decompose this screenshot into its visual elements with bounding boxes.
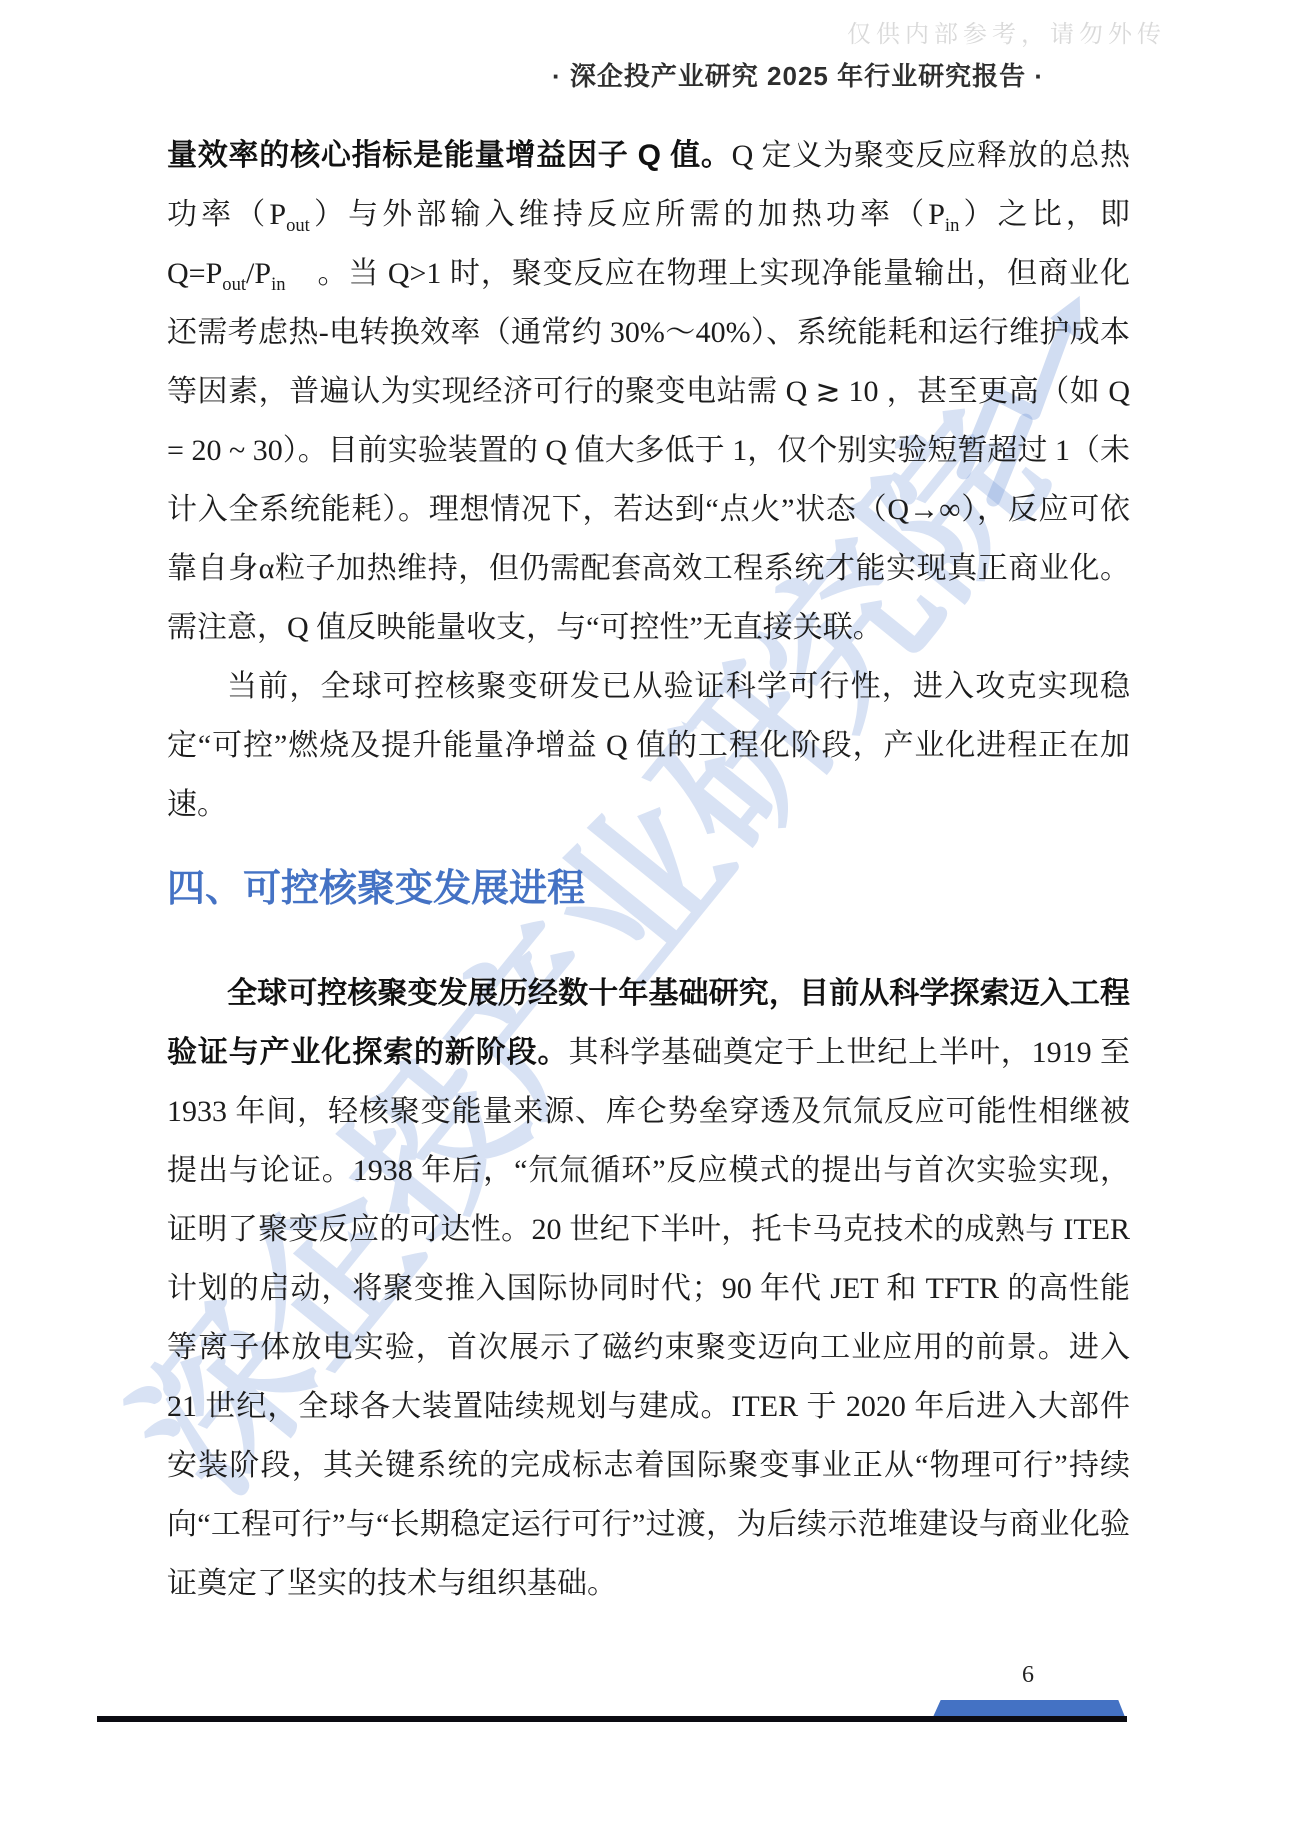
para1-sub-pout2: out: [222, 274, 246, 295]
paragraph-q-value: 量效率的核心指标是能量增益因子 Q 值。Q 定义为聚变反应释放的总热功率（Pou…: [167, 126, 1130, 657]
document-page: 深企投产业研究院 仅供内部参考，请勿外传 · 深企投产业研究 2025 年行业研…: [0, 0, 1296, 1829]
page-number: 6: [1022, 1662, 1034, 1689]
footer-rule: [97, 1716, 1127, 1722]
paragraph-development-history: 全球可控核聚变发展历经数十年基础研究，目前从科学探索迈入工程验证与产业化探索的新…: [167, 964, 1130, 1613]
paragraph-current-status: 当前，全球可控核聚变研发已从验证科学可行性，进入攻克实现稳定“可控”燃烧及提升能…: [167, 657, 1130, 834]
para1-sub-pin: in: [945, 215, 959, 236]
para1-seg2: ）与外部输入维持反应所需的加热功率（P: [310, 198, 945, 231]
para1-bold-lead: 量效率的核心指标是能量增益因子 Q 值。: [167, 139, 732, 172]
para1-sub-pout: out: [286, 215, 310, 236]
para1-seg4: /P: [246, 257, 271, 290]
main-text-block: 量效率的核心指标是能量增益因子 Q 值。Q 定义为聚变反应释放的总热功率（Pou…: [167, 126, 1130, 1613]
footer-accent-parallelogram: [933, 1700, 1125, 1717]
para3-rest: 其科学基础奠定于上世纪上半叶，1919 至 1933 年间，轻核聚变能量来源、库…: [167, 1036, 1130, 1600]
section-heading-development: 四、可控核聚变发展进程: [167, 860, 1130, 918]
report-header-title: · 深企投产业研究 2025 年行业研究报告 ·: [552, 56, 1044, 93]
confidential-note: 仅供内部参考，请勿外传: [847, 14, 1166, 49]
para1-sub-pin2: in: [271, 274, 285, 295]
para1-seg5: 。当 Q>1 时，聚变反应在物理上实现净能量输出，但商业化还需考虑热-电转换效率…: [167, 257, 1130, 644]
